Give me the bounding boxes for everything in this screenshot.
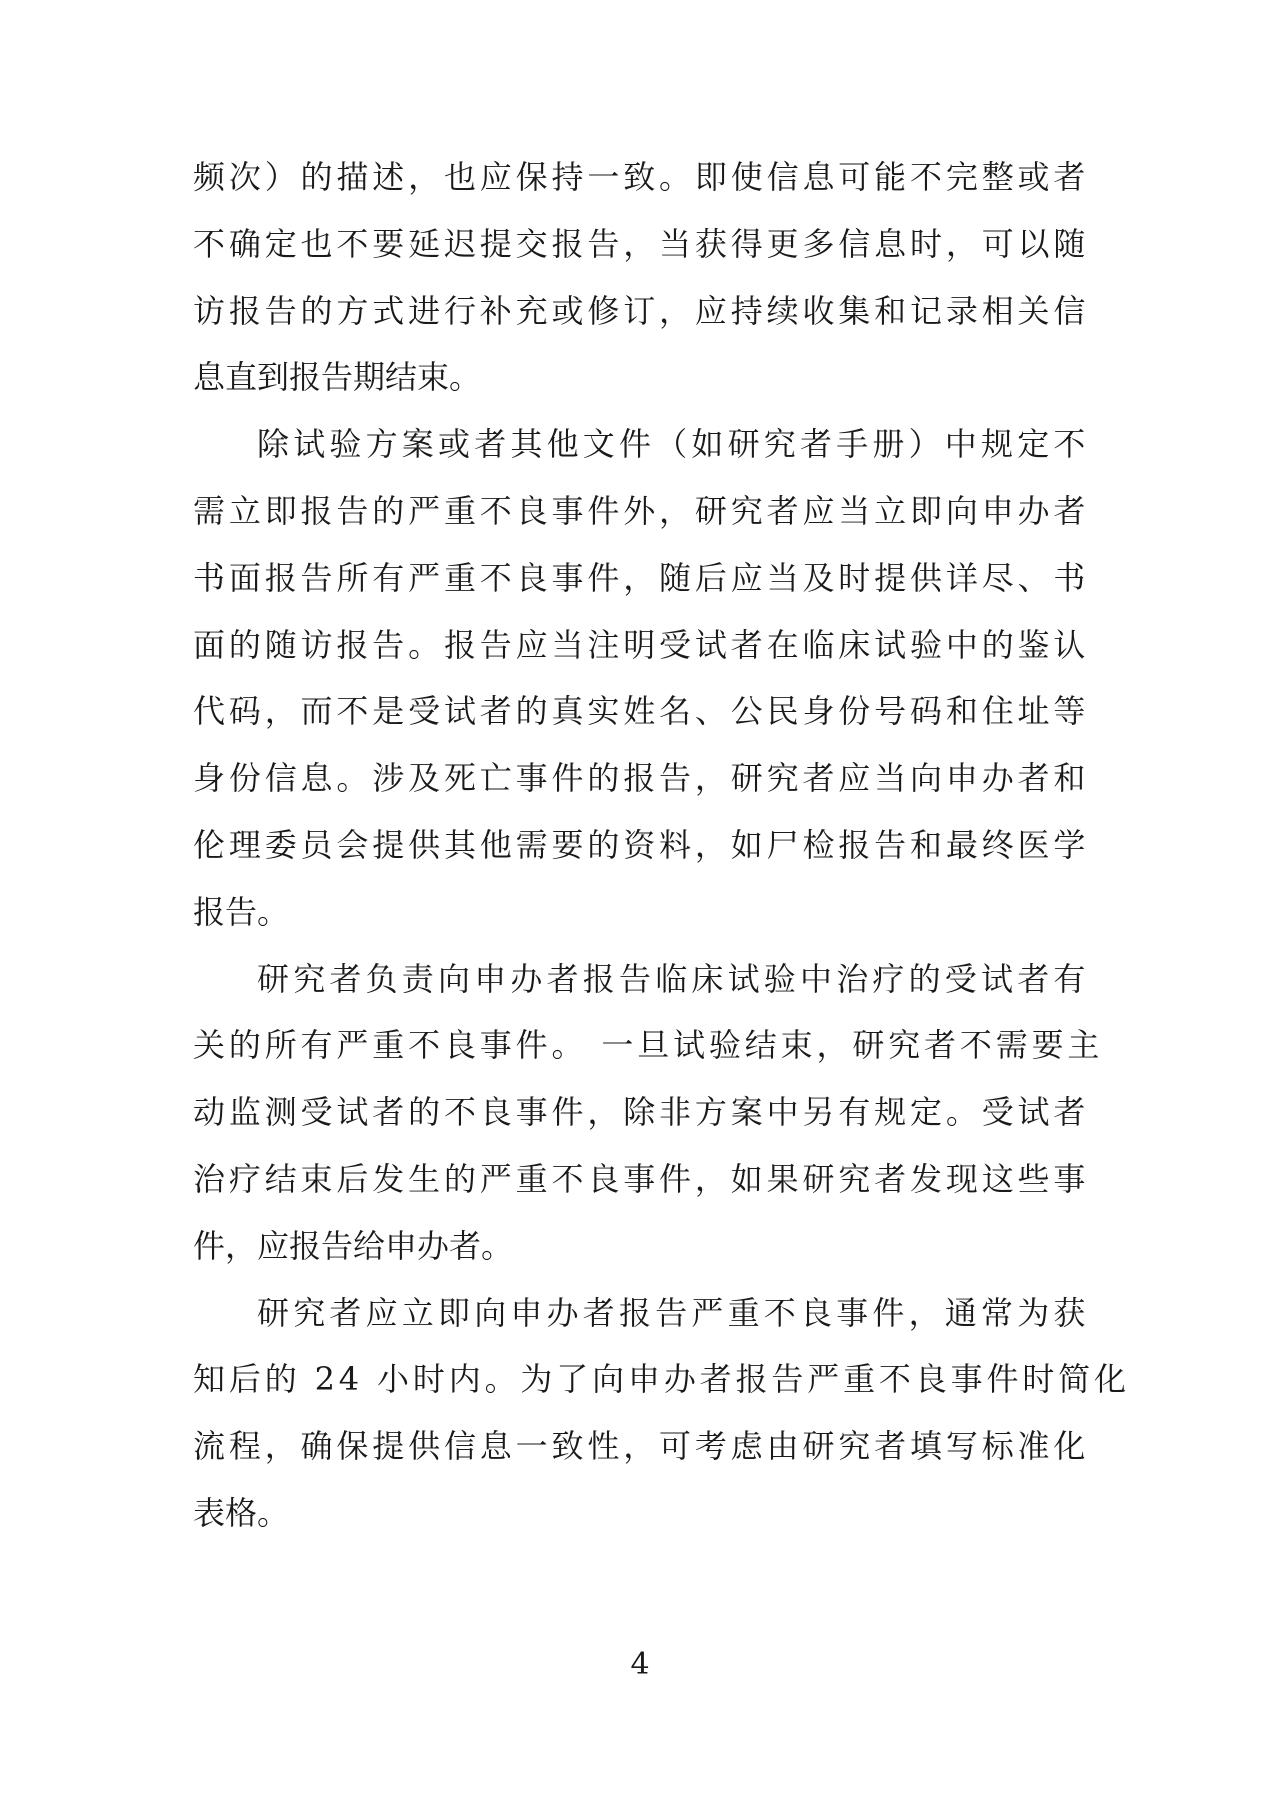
text-line: 代码，而不是受试者的真实姓名、公民身份号码和住址等	[193, 678, 1090, 745]
text-line: 伦理委员会提供其他需要的资料，如尸检报告和最终医学	[193, 812, 1090, 879]
text-line: 报告。	[193, 879, 1090, 946]
text-line: 研究者应立即向申办者报告严重不良事件，通常为获	[193, 1280, 1090, 1347]
text-line: 息直到报告期结束。	[193, 344, 1090, 411]
text-line: 面的随访报告。报告应当注明受试者在临床试验中的鉴认	[193, 612, 1090, 679]
text-line: 除试验方案或者其他文件（如研究者手册）中规定不	[193, 411, 1090, 478]
text-line: 知后的 24 小时内。为了向申办者报告严重不良事件时简化	[193, 1346, 1090, 1413]
text-line: 身份信息。涉及死亡事件的报告，研究者应当向申办者和	[193, 745, 1090, 812]
text-line: 不确定也不要延迟提交报告，当获得更多信息时，可以随	[193, 211, 1090, 278]
text-line: 关的所有严重不良事件。 一旦试验结束，研究者不需要主	[193, 1012, 1090, 1079]
text-line: 需立即报告的严重不良事件外，研究者应当立即向申办者	[193, 478, 1090, 545]
text-line: 动监测受试者的不良事件，除非方案中另有规定。受试者	[193, 1079, 1090, 1146]
text-line: 访报告的方式进行补充或修订，应持续收集和记录相关信	[193, 278, 1090, 345]
text-line: 书面报告所有严重不良事件，随后应当及时提供详尽、书	[193, 545, 1090, 612]
text-line: 研究者负责向申办者报告临床试验中治疗的受试者有	[193, 946, 1090, 1013]
document-body: 频次）的描述，也应保持一致。即使信息可能不完整或者 不确定也不要延迟提交报告，当…	[193, 144, 1090, 1547]
text-line: 件，应报告给申办者。	[193, 1213, 1090, 1280]
text-line: 治疗结束后发生的严重不良事件，如果研究者发现这些事	[193, 1146, 1090, 1213]
text-line: 表格。	[193, 1480, 1090, 1547]
page-number: 4	[0, 1649, 1280, 1681]
text-line: 流程，确保提供信息一致性，可考虑由研究者填写标准化	[193, 1413, 1090, 1480]
document-page: 频次）的描述，也应保持一致。即使信息可能不完整或者 不确定也不要延迟提交报告，当…	[0, 0, 1280, 1810]
text-line: 频次）的描述，也应保持一致。即使信息可能不完整或者	[193, 144, 1090, 211]
